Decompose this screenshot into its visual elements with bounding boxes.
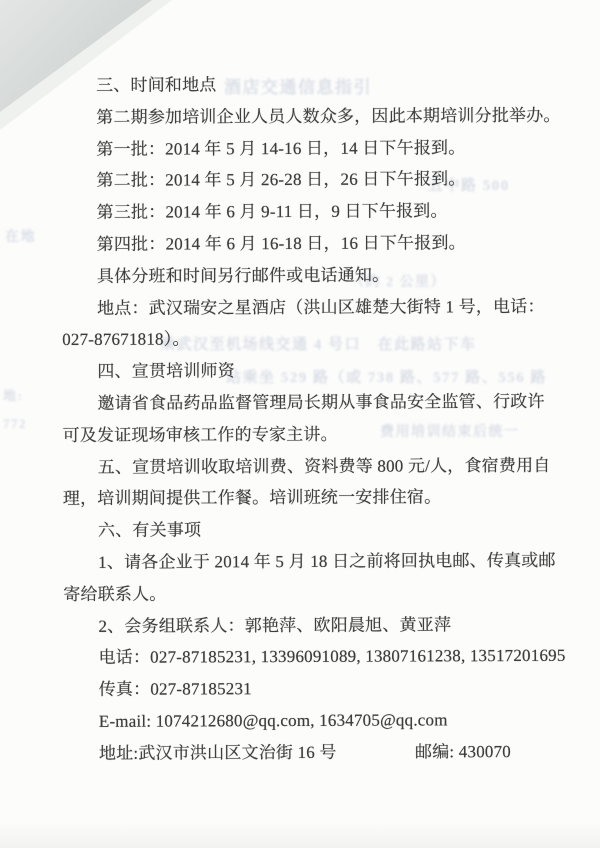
doc-line: 第三批：2014 年 6 月 9-11 日，9 日下午报到。 — [62, 195, 564, 229]
doc-line: 第二批：2014 年 5 月 26-28 日，26 日下午报到。 — [61, 163, 563, 197]
bleedthrough-fragment: 772 — [3, 416, 27, 432]
postcode-text: 邮编: 430070 — [415, 736, 511, 768]
bleedthrough-fragment: 地: — [3, 385, 23, 404]
doc-line: 可及发证现场审核工作的专家主讲。 — [63, 418, 565, 452]
doc-line: 2、会务组联系人：郭艳萍、欧阳晨旭、黄亚萍 — [63, 608, 565, 642]
doc-line: E-mail: 1074212680@qq.com, 1634705@qq.co… — [64, 704, 566, 738]
doc-line: 第二期参加培训企业人员人数众多，因此本期培训分批举办。 — [61, 100, 563, 134]
address-text: 地址:武汉市洪山区文治街 16 号 — [99, 737, 337, 770]
doc-line: 1、请各企业于 2014 年 5 月 18 日之前将回执电邮、传真或邮 — [63, 545, 565, 579]
bleedthrough-fragment: 在地 — [5, 226, 36, 246]
doc-line: 三、时间和地点 — [61, 68, 563, 102]
doc-line: 第一批：2014 年 5 月 14-16 日，14 日下午报到。 — [61, 131, 563, 165]
doc-line: 电话：027-87185231, 13396091089, 1380716123… — [63, 640, 565, 674]
document-body: 三、时间和地点第二期参加培训企业人员人数众多，因此本期培训分批举办。第一批：20… — [61, 68, 566, 770]
doc-line: 五、宣贯培训收取培训费、资料费等 800 元/人，食宿费用自 — [63, 449, 565, 483]
doc-line: 地址:武汉市洪山区文治街 16 号邮编: 430070 — [64, 736, 511, 770]
doc-line: 第四批：2014 年 6 月 16-18 日，16 日下午报到。 — [62, 227, 564, 261]
doc-line: 六、有关事项 — [63, 513, 565, 547]
doc-line: 027-87671818）。 — [62, 322, 564, 356]
doc-line: 四、宣贯培训师资 — [62, 354, 564, 388]
doc-line: 传真：027-87185231 — [64, 672, 566, 706]
doc-line: 邀请省食品药品监督管理局长期从事食品安全监管、行政许 — [62, 386, 564, 420]
scan-bottom-shadow — [0, 822, 600, 848]
scanned-document-page: 酒店交通信息指引五中路 500（约 2 公里）乘武汉至机场线交通 4 号口 在此… — [0, 0, 600, 848]
doc-line: 地点：武汉瑞安之星酒店（洪山区雄楚大街特 1 号，电话： — [62, 290, 564, 324]
doc-line: 寄给联系人。 — [63, 577, 565, 611]
doc-line: 具体分班和时间另行邮件或电话通知。 — [62, 259, 564, 293]
doc-line: 理，培训期间提供工作餐。培训班统一安排住宿。 — [63, 481, 565, 515]
